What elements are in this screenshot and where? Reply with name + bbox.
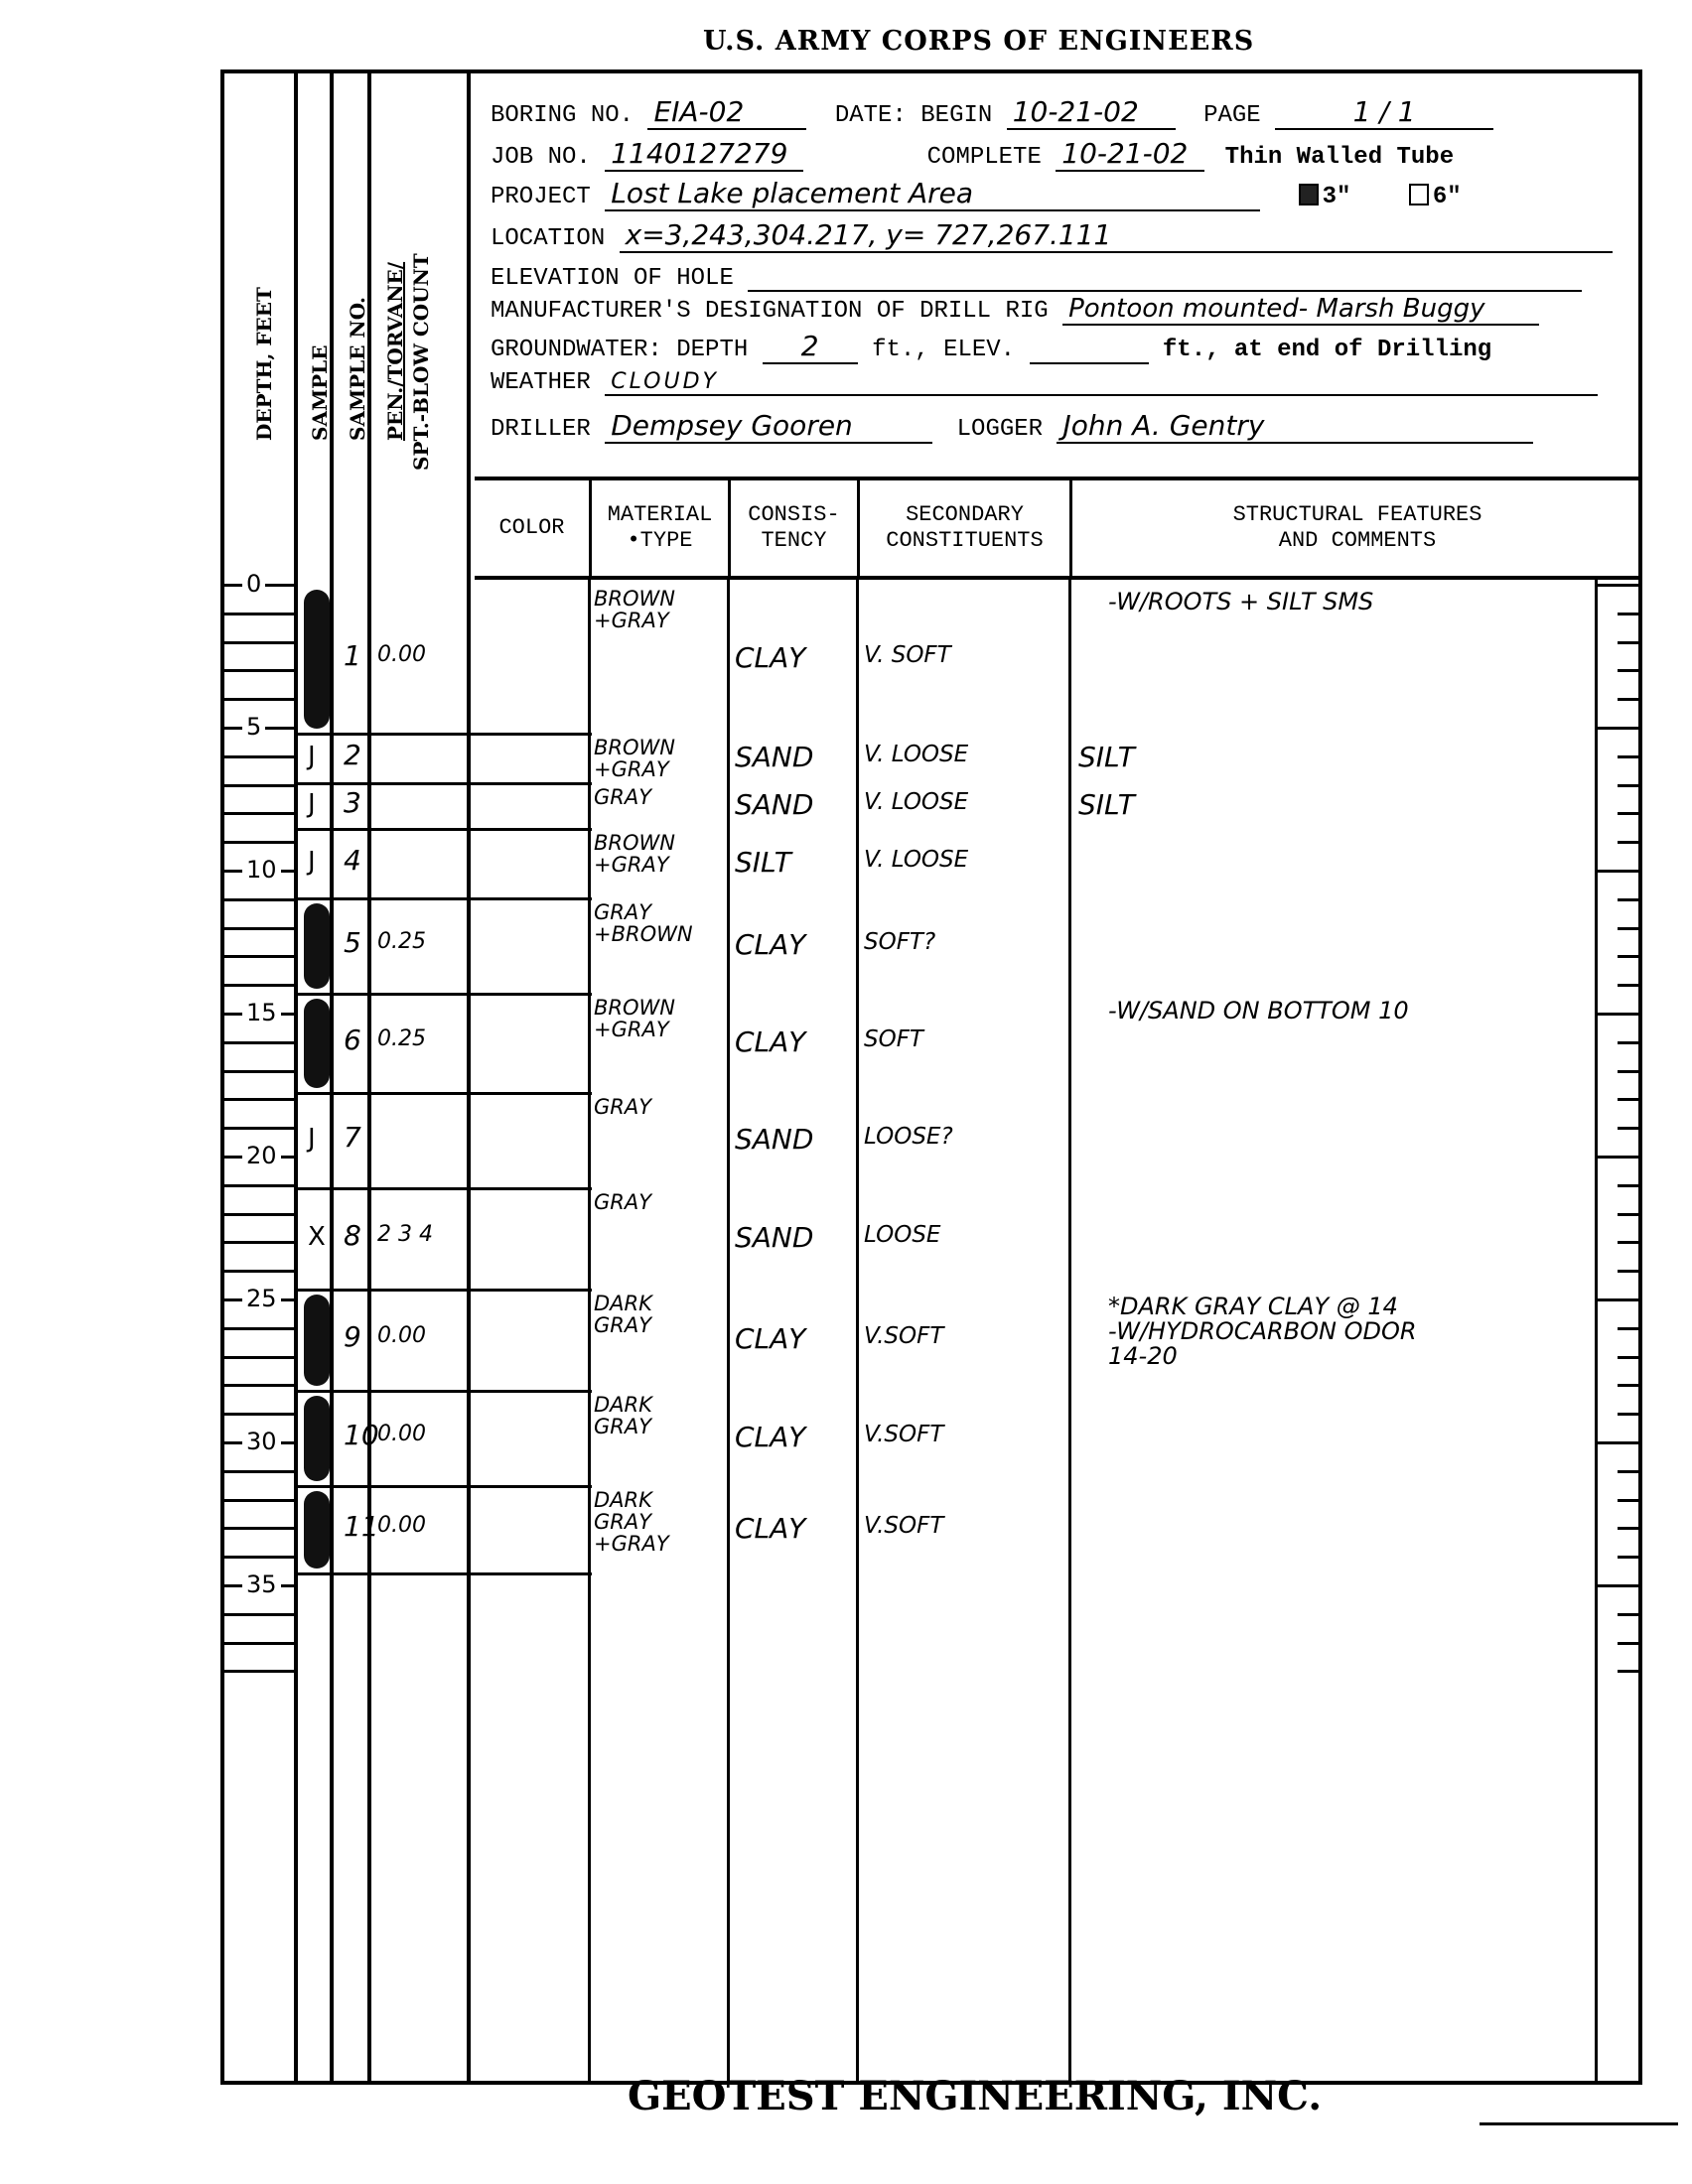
job-no-label: JOB NO.	[491, 144, 591, 171]
depth-label: 0	[242, 570, 265, 598]
ruler-tick	[1618, 984, 1642, 987]
material-value: CLAY	[735, 1325, 805, 1353]
drill-rig-value[interactable]: Pontoon mounted- Marsh Buggy	[1062, 294, 1539, 326]
ruler-tick	[1598, 1298, 1642, 1301]
sample-tube-fill	[304, 590, 330, 729]
sample-no: 8	[344, 1222, 361, 1250]
secondary-value: SILT	[1078, 744, 1135, 771]
sample-no: 11	[344, 1513, 379, 1541]
ruler-tick	[1618, 898, 1642, 901]
project-value[interactable]: Lost Lake placement Area	[605, 177, 1260, 211]
tube-3in-checkbox[interactable]	[1299, 184, 1319, 205]
color-value: DARK GRAY	[594, 1394, 652, 1437]
divider	[727, 580, 730, 2081]
sample-no-header: SAMPLE NO.	[346, 297, 369, 441]
ruler-tick	[1618, 1470, 1642, 1473]
ruler-tick	[1618, 755, 1642, 758]
ruler-tick	[1618, 698, 1642, 701]
sample-type-mark: J	[308, 742, 316, 771]
org-title: U.S. ARMY CORPS OF ENGINEERS	[703, 26, 1254, 57]
depth-header: DEPTH, FEET	[252, 287, 276, 441]
color-value: BROWN +GRAY	[594, 737, 675, 780]
footer-company: GEOTEST ENGINEERING, INC.	[628, 2073, 1322, 2119]
sample-tube-fill	[304, 1491, 330, 1569]
sample-header: SAMPLE	[308, 345, 332, 441]
ruler-tick	[1618, 841, 1642, 844]
depth-tick	[224, 1213, 298, 1216]
ruler-tick	[1618, 1098, 1642, 1101]
sample-no: 1	[344, 642, 361, 670]
depth-label: 10	[242, 856, 281, 884]
sample-tube-fill	[304, 903, 330, 989]
sample-tube-fill	[304, 1396, 330, 1481]
material-value: CLAY	[735, 1424, 805, 1451]
material-value: SILT	[735, 849, 791, 877]
comment-value: -W/ROOTS + SILT SMS	[1108, 590, 1373, 614]
tube-label: Thin Walled Tube	[1225, 144, 1454, 171]
divider	[588, 580, 591, 2081]
location-label: LOCATION	[491, 225, 605, 252]
depth-tick	[224, 641, 298, 644]
ruler-tick	[1618, 641, 1642, 644]
divider	[1595, 580, 1598, 2081]
complete-label: COMPLETE	[927, 144, 1042, 171]
consistency-value: LOOSE	[864, 1224, 940, 1247]
sample-no: 6	[344, 1026, 361, 1054]
sample-no: 4	[344, 847, 361, 875]
sample-type-mark: J	[308, 1124, 316, 1154]
consistency-value: V.SOFT	[864, 1515, 943, 1538]
depth-tick	[224, 812, 298, 815]
weather-value[interactable]: CLOUDY	[605, 369, 1598, 396]
ruler-tick	[1618, 1384, 1642, 1387]
pen-value: 0.00	[377, 644, 426, 666]
consistency-value: SOFT	[864, 1028, 923, 1051]
divider	[1068, 580, 1071, 2081]
weather-label: WEATHER	[491, 369, 591, 396]
depth-tick	[224, 1499, 298, 1502]
ft-elev-label: ft., ELEV.	[872, 337, 1015, 363]
pen-value: 0.00	[377, 1424, 426, 1445]
depth-tick	[224, 1127, 298, 1130]
ruler-tick	[1618, 1670, 1642, 1673]
log-header: BORING NO. EIA-02 DATE: BEGIN 10-21-02 P…	[475, 73, 1638, 480]
depth-tick	[224, 1327, 298, 1330]
boring-no-label: BORING NO.	[491, 102, 634, 129]
col-secondary: SECONDARY CONSTITUENTS	[860, 480, 1072, 576]
sample-no: 10	[344, 1422, 379, 1449]
ruler-tick	[1618, 1127, 1642, 1130]
col-structural: STRUCTURAL FEATURES AND COMMENTS	[1072, 480, 1642, 576]
depth-tick	[224, 841, 298, 844]
depth-tick	[224, 1642, 298, 1645]
consistency-value: V.SOFT	[864, 1325, 943, 1348]
logger-value[interactable]: John A. Gentry	[1057, 409, 1533, 444]
row-divider	[298, 897, 592, 900]
depth-tick	[224, 613, 298, 615]
row-divider	[298, 1572, 592, 1575]
depth-label: 30	[242, 1428, 281, 1455]
ruler-tick	[1618, 1356, 1642, 1359]
sample-no: 7	[344, 1124, 361, 1152]
ruler-tick	[1618, 955, 1642, 958]
ruler-tick	[1618, 613, 1642, 615]
ruler-tick	[1618, 812, 1642, 815]
row-divider	[298, 782, 592, 785]
sample-type-mark: J	[308, 847, 316, 877]
driller-label: DRILLER	[491, 416, 591, 443]
location-value[interactable]: x=3,243,304.217, y= 727,267.111	[620, 218, 1613, 253]
depth-label: 20	[242, 1142, 281, 1169]
depth-tick	[224, 1070, 298, 1073]
material-value: CLAY	[735, 644, 805, 672]
date-begin-label: DATE: BEGIN	[835, 102, 992, 129]
material-value: CLAY	[735, 931, 805, 959]
ruler-tick	[1598, 584, 1642, 587]
row-divider	[298, 1485, 592, 1488]
secondary-value: SILT	[1078, 791, 1135, 819]
consistency-value: LOOSE?	[864, 1126, 953, 1149]
ruler-tick	[1618, 1327, 1642, 1330]
ruler-tick	[1618, 1527, 1642, 1530]
pen-value: 0.00	[377, 1325, 426, 1347]
ruler-tick	[1618, 1184, 1642, 1187]
ruler-tick	[1618, 1499, 1642, 1502]
boring-log-form: DEPTH, FEET SAMPLE SAMPLE NO. PEN./TORVA…	[220, 69, 1642, 2085]
depth-tick	[224, 1041, 298, 1044]
boring-no-value[interactable]: EIA-02	[647, 95, 806, 130]
depth-tick	[224, 1098, 298, 1101]
sample-tube-fill	[304, 999, 330, 1088]
sample-no: 9	[344, 1323, 361, 1351]
column-headers: COLOR MATERIAL •TYPE CONSIS- TENCY SECON…	[475, 480, 1638, 580]
pen-value: 2 3 4	[377, 1224, 433, 1246]
color-value: DARK GRAY +GRAY	[594, 1489, 669, 1555]
consistency-value: V.SOFT	[864, 1424, 943, 1446]
col-material-type: MATERIAL •TYPE	[592, 480, 731, 576]
sample-no: 2	[344, 742, 361, 769]
depth-tick	[224, 698, 298, 701]
ruler-tick	[1598, 1013, 1642, 1016]
ruler-tick	[1598, 1584, 1642, 1587]
consistency-value: SOFT?	[864, 931, 935, 954]
ruler-tick	[1618, 1213, 1642, 1216]
color-value: GRAY	[594, 1096, 651, 1118]
depth-tick	[224, 1670, 298, 1673]
consistency-value: V. LOOSE	[864, 744, 968, 766]
row-divider	[298, 1187, 592, 1190]
material-value: SAND	[735, 744, 813, 771]
row-divider	[298, 1289, 592, 1292]
color-value: BROWN +GRAY	[594, 832, 675, 876]
pen-value: 0.00	[377, 1515, 426, 1537]
divider	[856, 580, 859, 2081]
sample-type-mark: X	[308, 1222, 326, 1252]
depth-tick	[224, 1613, 298, 1616]
consistency-value: V. LOOSE	[864, 791, 968, 814]
color-value: GRAY	[594, 1191, 651, 1213]
row-divider	[298, 993, 592, 996]
groundwater-label: GROUNDWATER: DEPTH	[491, 337, 748, 363]
material-value: CLAY	[735, 1515, 805, 1543]
material-value: SAND	[735, 1224, 813, 1252]
ruler-tick	[1618, 1070, 1642, 1073]
footer-signature-line	[1480, 2122, 1678, 2125]
color-value: BROWN +GRAY	[594, 997, 675, 1040]
row-divider	[298, 1390, 592, 1393]
ruler-tick	[1598, 727, 1642, 730]
groundwater-depth-value[interactable]: 2	[763, 330, 858, 364]
depth-tick	[224, 1270, 298, 1273]
pen-torvane-header: PEN./TORVANE/	[383, 262, 407, 441]
page-value[interactable]: 1 / 1	[1275, 95, 1493, 130]
driller-value[interactable]: Dempsey Gooren	[605, 409, 932, 444]
sample-type-mark: J	[308, 789, 316, 819]
depth-tick	[224, 755, 298, 758]
depth-tick	[224, 1413, 298, 1416]
depth-label: 25	[242, 1285, 281, 1312]
drill-rig-label: MANUFACTURER'S DESIGNATION OF DRILL RIG	[491, 298, 1049, 325]
depth-tick	[224, 898, 298, 901]
color-value: DARK GRAY	[594, 1293, 652, 1336]
ruler-tick	[1618, 1270, 1642, 1273]
depth-label: 15	[242, 999, 281, 1026]
material-value: CLAY	[735, 1028, 805, 1056]
tube-6in-label: 6"	[1433, 184, 1462, 210]
sample-no: 3	[344, 789, 361, 817]
end-drilling-label: ft., at end of Drilling	[1163, 337, 1491, 363]
date-complete-value[interactable]: 10-21-02	[1056, 137, 1204, 172]
depth-tick	[224, 1384, 298, 1387]
ruler-tick	[1618, 1041, 1642, 1044]
ruler-tick	[1618, 1613, 1642, 1616]
elevation-label: ELEVATION OF HOLE	[491, 265, 734, 292]
ruler-tick	[1618, 1413, 1642, 1416]
depth-tick	[224, 669, 298, 672]
page-label: PAGE	[1203, 102, 1261, 129]
color-value: GRAY +BROWN	[594, 901, 693, 945]
spt-blow-header: SPT.-BLOW COUNT	[409, 253, 433, 471]
depth-label: 35	[242, 1570, 281, 1598]
ruler-tick	[1618, 1556, 1642, 1559]
consistency-value: V. SOFT	[864, 644, 951, 667]
depth-tick	[224, 955, 298, 958]
depth-tick	[224, 1527, 298, 1530]
logger-label: LOGGER	[957, 416, 1043, 443]
sample-no: 5	[344, 929, 361, 957]
depth-tick	[224, 1356, 298, 1359]
depth-tick	[224, 1241, 298, 1244]
ruler-tick	[1618, 784, 1642, 787]
ruler-tick	[1618, 1241, 1642, 1244]
depth-tick	[224, 1184, 298, 1187]
col-color: COLOR	[475, 480, 592, 576]
ruler-tick	[1618, 1642, 1642, 1645]
depth-tick	[224, 984, 298, 987]
tube-3in-label: 3"	[1323, 184, 1351, 210]
pen-value: 0.25	[377, 931, 426, 953]
color-value: GRAY	[594, 786, 651, 808]
pen-value: 0.25	[377, 1028, 426, 1050]
ruler-tick	[1618, 669, 1642, 672]
row-divider	[298, 733, 592, 736]
ruler-tick	[1598, 1156, 1642, 1159]
elevation-value[interactable]	[748, 260, 1582, 292]
col-consistency: CONSIS- TENCY	[731, 480, 860, 576]
sample-tube-fill	[304, 1295, 330, 1386]
comment-value: *DARK GRAY CLAY @ 14 -W/HYDROCARBON ODOR…	[1108, 1295, 1417, 1370]
ruler-tick	[1598, 870, 1642, 873]
depth-tick	[224, 1470, 298, 1473]
consistency-value: V. LOOSE	[864, 849, 968, 872]
ruler-tick	[1618, 927, 1642, 930]
row-divider	[298, 828, 592, 831]
color-value: BROWN +GRAY	[594, 588, 675, 631]
job-no-value[interactable]: 1140127279	[605, 137, 803, 172]
depth-label: 5	[242, 713, 265, 741]
date-begin-value[interactable]: 10-21-02	[1007, 95, 1176, 130]
material-value: SAND	[735, 1126, 813, 1154]
project-label: PROJECT	[491, 184, 591, 210]
ruler-tick	[1598, 1441, 1642, 1444]
depth-tick	[224, 784, 298, 787]
comment-value: -W/SAND ON BOTTOM 10	[1108, 999, 1409, 1024]
groundwater-elev-value[interactable]	[1030, 335, 1149, 364]
row-divider	[298, 1092, 592, 1095]
material-value: SAND	[735, 791, 813, 819]
depth-tick	[224, 927, 298, 930]
depth-tick	[224, 1556, 298, 1559]
tube-6in-checkbox[interactable]	[1409, 184, 1429, 205]
